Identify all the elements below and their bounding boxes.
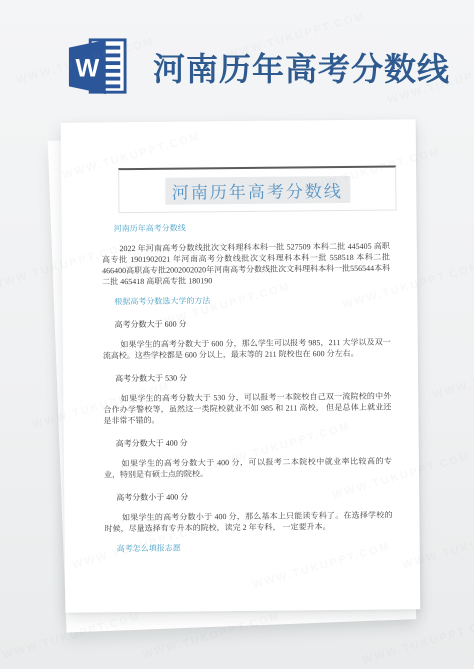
doc-paragraph: 如果学生的高考分数大于 600 分，那么学生可以报考 985，211 大学以及双…: [103, 337, 391, 362]
doc-heading: 根据高考分数选大学的方法: [114, 294, 390, 308]
doc-subheading: 高考分数大于 600 分: [115, 317, 391, 331]
doc-paragraph: 如果学生的高考分数大于 530 分，可以报考一本院校自己双一流院校的中外合作办学…: [103, 391, 391, 427]
doc-heading: 高考怎么填报志愿: [117, 541, 393, 555]
doc-subheading: 高考分数大于 530 分: [115, 371, 391, 385]
doc-title-box: 河南历年高考分数线: [118, 165, 396, 213]
doc-subheading: 高考分数大于 400 分: [116, 436, 392, 450]
word-icon: W: [66, 37, 128, 97]
doc-paragraph: 2022 年河南高考分数线批次文科理科本科一批 527509 本科二批 4454…: [102, 241, 390, 288]
header: W 河南历年高考分数线: [66, 36, 450, 98]
doc-subheading: 高考分数小于 400 分: [116, 490, 392, 504]
document-page: 河南历年高考分数线 河南历年高考分数线2022 年河南高考分数线批次文科理科本科…: [61, 119, 421, 612]
doc-paragraph: 如果学生的高考分数大于 400 分，可以报考二本院校中就业率比较高的专业，特别是…: [104, 456, 392, 481]
word-icon-letter: W: [75, 55, 99, 83]
watermark-text: WWW.TUKUPPT.COM: [361, 616, 474, 667]
doc-title: 河南历年高考分数线: [165, 175, 350, 204]
header-title: 河南历年高考分数线: [153, 44, 450, 90]
preview-canvas: WWW.TUKUPPT.COMWWW.TUKUPPT.COMWWW.TUKUPP…: [0, 0, 474, 669]
watermark-text: WWW.TUKUPPT.COM: [431, 351, 474, 402]
doc-body: 河南历年高考分数线2022 年河南高考分数线批次文科理科本科一批 527509 …: [62, 220, 420, 554]
doc-paragraph: 如果学生的高考分数小于 400 分，那么基本上只能读专科了。在选择学校的时候，尽…: [104, 510, 392, 535]
doc-heading: 河南历年高考分数线: [114, 221, 390, 235]
